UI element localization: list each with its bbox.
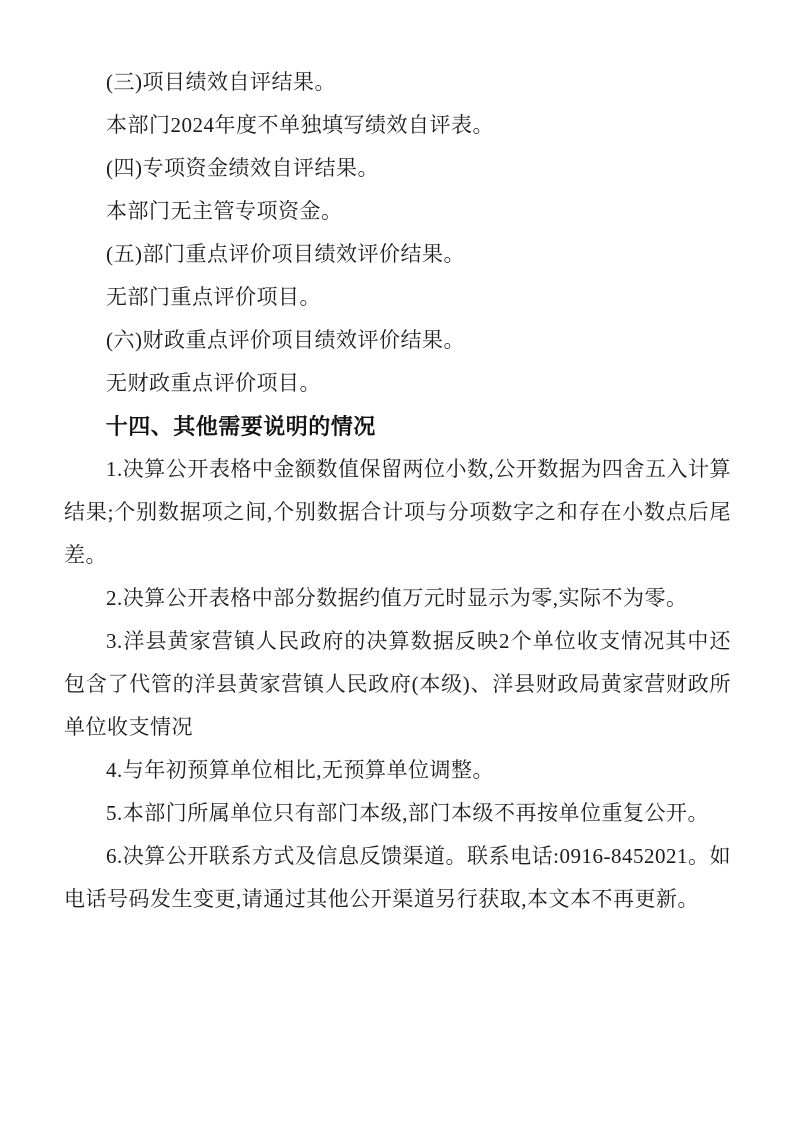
note-1: 1.决算公开表格中金额数值保留两位小数,公开数据为四舍五入计算结果;个别数据项之… [64,448,731,577]
document-body: (三)项目绩效自评结果。 本部门2024年度不单独填写绩效自评表。 (四)专项资… [64,61,731,921]
subsection-6-body: 无财政重点评价项目。 [64,362,731,405]
note-3: 3.洋县黄家营镇人民政府的决算数据反映2个单位收支情况其中还包含了代管的洋县黄家… [64,620,731,749]
subsection-3-body: 本部门2024年度不单独填写绩效自评表。 [64,104,731,147]
subsection-5-title: (五)部门重点评价项目绩效评价结果。 [64,233,731,276]
subsection-6-title: (六)财政重点评价项目绩效评价结果。 [64,319,731,362]
note-4: 4.与年初预算单位相比,无预算单位调整。 [64,749,731,792]
note-6: 6.决算公开联系方式及信息反馈渠道。联系电话:0916-8452021。如电话号… [64,835,731,921]
note-5: 5.本部门所属单位只有部门本级,部门本级不再按单位重复公开。 [64,792,731,835]
subsection-4-title: (四)专项资金绩效自评结果。 [64,147,731,190]
subsection-5-body: 无部门重点评价项目。 [64,276,731,319]
subsection-4-body: 本部门无主管专项资金。 [64,190,731,233]
document-page: (三)项目绩效自评结果。 本部门2024年度不单独填写绩效自评表。 (四)专项资… [0,0,793,1122]
section-14-heading: 十四、其他需要说明的情况 [64,405,731,448]
note-2: 2.决算公开表格中部分数据约值万元时显示为零,实际不为零。 [64,577,731,620]
subsection-3-title: (三)项目绩效自评结果。 [64,61,731,104]
